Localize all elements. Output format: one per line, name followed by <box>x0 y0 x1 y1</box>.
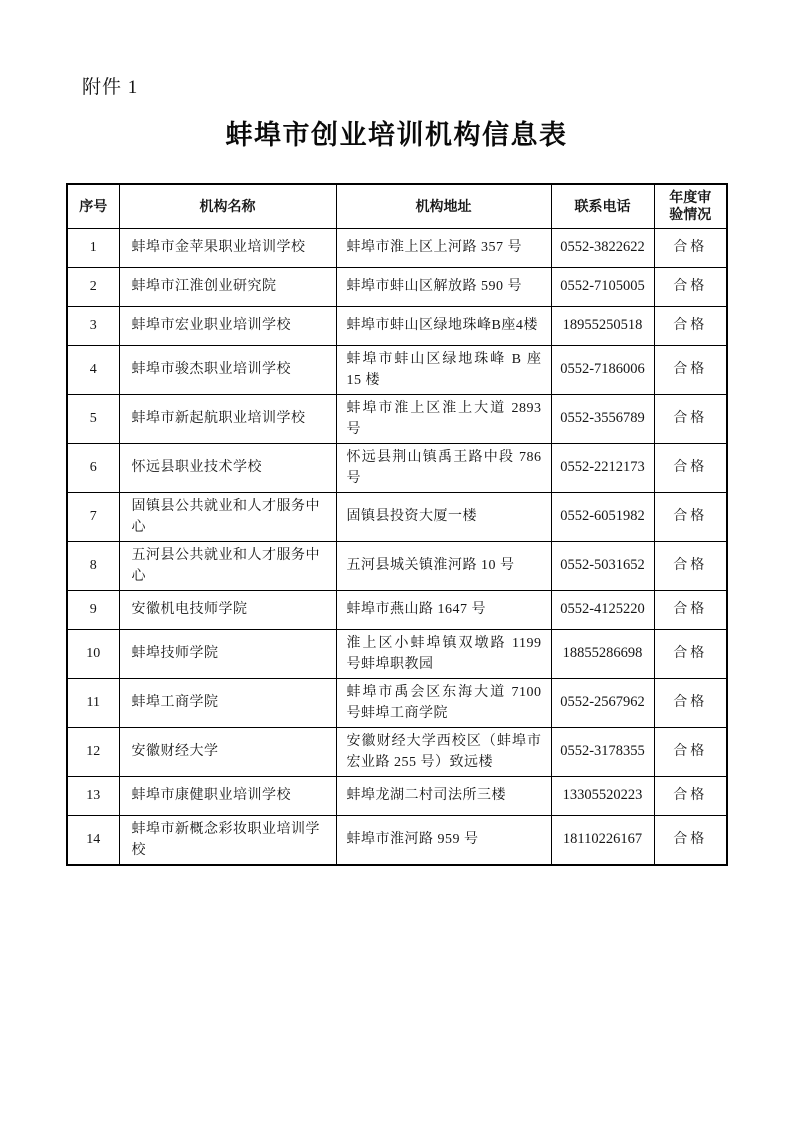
cell-name: 蚌埠市宏业职业培训学校 <box>119 306 336 345</box>
cell-phone: 13305520223 <box>551 776 654 815</box>
cell-phone: 0552-7105005 <box>551 267 654 306</box>
cell-address: 蚌埠市蚌山区解放路 590 号 <box>336 267 551 306</box>
table-row: 10 蚌埠技师学院 淮上区小蚌埠镇双墩路 1199 号蚌埠职教园 1885528… <box>67 629 727 678</box>
table-row: 1 蚌埠市金苹果职业培训学校 蚌埠市淮上区上河路 357 号 0552-3822… <box>67 228 727 267</box>
cell-status: 合格 <box>654 492 727 541</box>
cell-no: 9 <box>67 590 119 629</box>
cell-phone: 18110226167 <box>551 815 654 865</box>
header-address: 机构地址 <box>336 184 551 228</box>
cell-status: 合格 <box>654 776 727 815</box>
cell-no: 11 <box>67 678 119 727</box>
cell-phone: 0552-7186006 <box>551 345 654 394</box>
cell-address: 蚌埠市蚌山区绿地珠峰B座4楼 <box>336 306 551 345</box>
cell-phone: 0552-3822622 <box>551 228 654 267</box>
cell-status: 合格 <box>654 678 727 727</box>
cell-no: 7 <box>67 492 119 541</box>
cell-name: 固镇县公共就业和人才服务中心 <box>119 492 336 541</box>
table-row: 6 怀远县职业技术学校 怀远县荆山镇禹王路中段 786 号 0552-22121… <box>67 443 727 492</box>
cell-status: 合格 <box>654 228 727 267</box>
table-row: 11 蚌埠工商学院 蚌埠市禹会区东海大道 7100 号蚌埠工商学院 0552-2… <box>67 678 727 727</box>
header-name: 机构名称 <box>119 184 336 228</box>
cell-status: 合格 <box>654 394 727 443</box>
table-row: 8 五河县公共就业和人才服务中心 五河县城关镇淮河路 10 号 0552-503… <box>67 541 727 590</box>
header-phone: 联系电话 <box>551 184 654 228</box>
cell-name: 蚌埠市江淮创业研究院 <box>119 267 336 306</box>
cell-phone: 0552-4125220 <box>551 590 654 629</box>
cell-no: 14 <box>67 815 119 865</box>
table-row: 13 蚌埠市康健职业培训学校 蚌埠龙湖二村司法所三楼 13305520223 合… <box>67 776 727 815</box>
cell-no: 3 <box>67 306 119 345</box>
cell-no: 6 <box>67 443 119 492</box>
document-page: 附件 1 蚌埠市创业培训机构信息表 序号 机构名称 机构地址 联系电话 年度审验… <box>0 0 793 1122</box>
cell-name: 蚌埠市新起航职业培训学校 <box>119 394 336 443</box>
cell-status: 合格 <box>654 345 727 394</box>
page-title: 蚌埠市创业培训机构信息表 <box>66 113 727 152</box>
cell-name: 蚌埠技师学院 <box>119 629 336 678</box>
cell-address: 蚌埠市淮上区上河路 357 号 <box>336 228 551 267</box>
cell-no: 13 <box>67 776 119 815</box>
table-header: 序号 机构名称 机构地址 联系电话 年度审验情况 <box>67 184 727 228</box>
cell-address: 蚌埠市淮上区淮上大道 2893 号 <box>336 394 551 443</box>
cell-status: 合格 <box>654 727 727 776</box>
cell-address: 蚌埠市禹会区东海大道 7100 号蚌埠工商学院 <box>336 678 551 727</box>
table-body: 1 蚌埠市金苹果职业培训学校 蚌埠市淮上区上河路 357 号 0552-3822… <box>67 228 727 865</box>
cell-address: 蚌埠市淮河路 959 号 <box>336 815 551 865</box>
cell-phone: 18955250518 <box>551 306 654 345</box>
cell-name: 蚌埠市新概念彩妆职业培训学校 <box>119 815 336 865</box>
cell-name: 五河县公共就业和人才服务中心 <box>119 541 336 590</box>
cell-phone: 0552-3178355 <box>551 727 654 776</box>
cell-address: 安徽财经大学西校区（蚌埠市宏业路 255 号）致远楼 <box>336 727 551 776</box>
cell-phone: 0552-5031652 <box>551 541 654 590</box>
table-row: 2 蚌埠市江淮创业研究院 蚌埠市蚌山区解放路 590 号 0552-710500… <box>67 267 727 306</box>
table-row: 7 固镇县公共就业和人才服务中心 固镇县投资大厦一楼 0552-6051982 … <box>67 492 727 541</box>
cell-no: 5 <box>67 394 119 443</box>
table-row: 9 安徽机电技师学院 蚌埠市燕山路 1647 号 0552-4125220 合格 <box>67 590 727 629</box>
cell-address: 淮上区小蚌埠镇双墩路 1199 号蚌埠职教园 <box>336 629 551 678</box>
header-row: 序号 机构名称 机构地址 联系电话 年度审验情况 <box>67 184 727 228</box>
cell-phone: 0552-2212173 <box>551 443 654 492</box>
cell-status: 合格 <box>654 629 727 678</box>
cell-name: 怀远县职业技术学校 <box>119 443 336 492</box>
table-row: 12 安徽财经大学 安徽财经大学西校区（蚌埠市宏业路 255 号）致远楼 055… <box>67 727 727 776</box>
header-status: 年度审验情况 <box>654 184 727 228</box>
cell-no: 4 <box>67 345 119 394</box>
cell-phone: 0552-6051982 <box>551 492 654 541</box>
cell-address: 蚌埠龙湖二村司法所三楼 <box>336 776 551 815</box>
table-row: 3 蚌埠市宏业职业培训学校 蚌埠市蚌山区绿地珠峰B座4楼 18955250518… <box>67 306 727 345</box>
cell-status: 合格 <box>654 590 727 629</box>
cell-name: 蚌埠市骏杰职业培训学校 <box>119 345 336 394</box>
cell-address: 蚌埠市蚌山区绿地珠峰 B 座 15 楼 <box>336 345 551 394</box>
table-row: 14 蚌埠市新概念彩妆职业培训学校 蚌埠市淮河路 959 号 181102261… <box>67 815 727 865</box>
cell-no: 8 <box>67 541 119 590</box>
cell-phone: 0552-3556789 <box>551 394 654 443</box>
cell-no: 10 <box>67 629 119 678</box>
cell-status: 合格 <box>654 541 727 590</box>
cell-status: 合格 <box>654 306 727 345</box>
cell-name: 安徽机电技师学院 <box>119 590 336 629</box>
cell-address: 固镇县投资大厦一楼 <box>336 492 551 541</box>
cell-phone: 18855286698 <box>551 629 654 678</box>
table-container: 序号 机构名称 机构地址 联系电话 年度审验情况 1 蚌埠市金苹果职业培训学校 … <box>66 183 727 866</box>
institutions-table: 序号 机构名称 机构地址 联系电话 年度审验情况 1 蚌埠市金苹果职业培训学校 … <box>66 183 728 866</box>
cell-status: 合格 <box>654 815 727 865</box>
cell-name: 安徽财经大学 <box>119 727 336 776</box>
cell-status: 合格 <box>654 267 727 306</box>
cell-name: 蚌埠工商学院 <box>119 678 336 727</box>
table-row: 4 蚌埠市骏杰职业培训学校 蚌埠市蚌山区绿地珠峰 B 座 15 楼 0552-7… <box>67 345 727 394</box>
cell-address: 怀远县荆山镇禹王路中段 786 号 <box>336 443 551 492</box>
cell-phone: 0552-2567962 <box>551 678 654 727</box>
attachment-label: 附件 1 <box>82 72 727 99</box>
cell-name: 蚌埠市金苹果职业培训学校 <box>119 228 336 267</box>
cell-no: 1 <box>67 228 119 267</box>
cell-no: 2 <box>67 267 119 306</box>
header-no: 序号 <box>67 184 119 228</box>
cell-name: 蚌埠市康健职业培训学校 <box>119 776 336 815</box>
table-row: 5 蚌埠市新起航职业培训学校 蚌埠市淮上区淮上大道 2893 号 0552-35… <box>67 394 727 443</box>
cell-address: 蚌埠市燕山路 1647 号 <box>336 590 551 629</box>
cell-status: 合格 <box>654 443 727 492</box>
cell-no: 12 <box>67 727 119 776</box>
cell-address: 五河县城关镇淮河路 10 号 <box>336 541 551 590</box>
